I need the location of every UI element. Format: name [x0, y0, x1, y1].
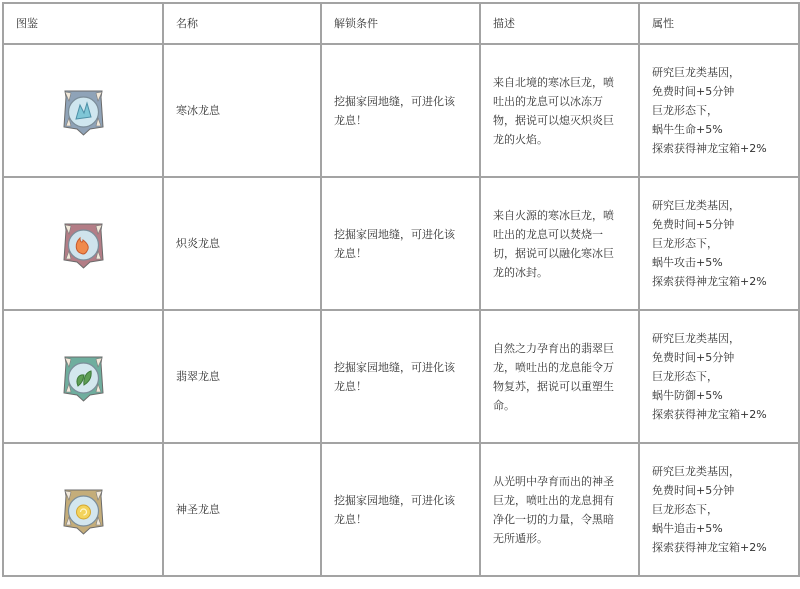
- condition-line: 龙息！: [334, 510, 471, 529]
- description-line: 命。: [493, 396, 630, 415]
- attribute-line: 探索获得神龙宝箱+2%: [652, 405, 798, 424]
- description-line: 龙的冰封。: [493, 263, 630, 282]
- jade-dragon-breath-icon: [4, 349, 162, 404]
- description-line: 从光明中孕育而出的神圣: [493, 472, 630, 491]
- table-row: 神圣龙息 挖掘家园地缝，可进化该龙息！ 从光明中孕育而出的神圣巨龙，喷吐出的龙息…: [3, 443, 799, 576]
- attribute-line: 巨龙形态下，: [652, 234, 798, 253]
- icon-cell: [3, 177, 163, 310]
- attribute-line: 免费时间+5分钟: [652, 215, 798, 234]
- unlock-condition-cell: 挖掘家园地缝，可进化该龙息！: [321, 177, 480, 310]
- header-unlock-condition: 解锁条件: [321, 3, 480, 44]
- description-cell: 来自北境的寒冰巨龙，喷吐出的龙息可以冰冻万物，据说可以熄灭炽炎巨龙的火焰。: [480, 44, 639, 177]
- table-header-row: 图鉴 名称 解锁条件 描述 属性: [3, 3, 799, 44]
- table-row: 炽炎龙息 挖掘家园地缝，可进化该龙息！ 来自火源的寒冰巨龙，喷吐出的龙息可以焚烧…: [3, 177, 799, 310]
- description-line: 物，据说可以熄灭炽炎巨: [493, 111, 630, 130]
- condition-line: 挖掘家园地缝，可进化该: [334, 92, 471, 111]
- name-cell: 翡翠龙息: [163, 310, 321, 443]
- description-cell: 自然之力孕育出的翡翠巨龙，喷吐出的龙息能令万物复苏，据说可以重塑生命。: [480, 310, 639, 443]
- attribute-line: 探索获得神龙宝箱+2%: [652, 139, 798, 158]
- attribute-line: 蜗牛追击+5%: [652, 519, 798, 538]
- description-line: 龙的火焰。: [493, 130, 630, 149]
- header-name: 名称: [163, 3, 321, 44]
- header-description: 描述: [480, 3, 639, 44]
- description-line: 龙，喷吐出的龙息能令万: [493, 358, 630, 377]
- attribute-line: 研究巨龙类基因，: [652, 196, 798, 215]
- description-line: 自然之力孕育出的翡翠巨: [493, 339, 630, 358]
- attribute-line: 研究巨龙类基因，: [652, 329, 798, 348]
- icon-cell: [3, 443, 163, 576]
- dragon-breath-table: 图鉴 名称 解锁条件 描述 属性 寒冰龙息 挖掘家园地缝，可进化该龙息！ 来自北…: [2, 2, 800, 577]
- unlock-condition-cell: 挖掘家园地缝，可进化该龙息！: [321, 310, 480, 443]
- attribute-line: 免费时间+5分钟: [652, 348, 798, 367]
- holy-dragon-breath-icon: [4, 482, 162, 537]
- ice-dragon-breath-icon: [4, 83, 162, 138]
- description-line: 巨龙，喷吐出的龙息拥有: [493, 491, 630, 510]
- description-line: 物复苏，据说可以重塑生: [493, 377, 630, 396]
- attributes-cell: 研究巨龙类基因，免费时间+5分钟巨龙形态下，蜗牛追击+5%探索获得神龙宝箱+2%: [639, 443, 799, 576]
- breath-name: 炽炎龙息: [176, 237, 220, 250]
- icon-cell: [3, 310, 163, 443]
- attribute-line: 免费时间+5分钟: [652, 481, 798, 500]
- description-line: 净化一切的力量，令黑暗: [493, 510, 630, 529]
- attributes-cell: 研究巨龙类基因，免费时间+5分钟巨龙形态下，蜗牛生命+5%探索获得神龙宝箱+2%: [639, 44, 799, 177]
- name-cell: 炽炎龙息: [163, 177, 321, 310]
- attribute-line: 探索获得神龙宝箱+2%: [652, 538, 798, 557]
- description-line: 来自北境的寒冰巨龙，喷: [493, 73, 630, 92]
- attribute-line: 研究巨龙类基因，: [652, 63, 798, 82]
- attribute-line: 蜗牛防御+5%: [652, 386, 798, 405]
- table-row: 寒冰龙息 挖掘家园地缝，可进化该龙息！ 来自北境的寒冰巨龙，喷吐出的龙息可以冰冻…: [3, 44, 799, 177]
- unlock-condition-cell: 挖掘家园地缝，可进化该龙息！: [321, 44, 480, 177]
- attribute-line: 研究巨龙类基因，: [652, 462, 798, 481]
- condition-line: 龙息！: [334, 244, 471, 263]
- description-cell: 来自火源的寒冰巨龙，喷吐出的龙息可以焚烧一切，据说可以融化寒冰巨龙的冰封。: [480, 177, 639, 310]
- attribute-line: 蜗牛攻击+5%: [652, 253, 798, 272]
- condition-line: 龙息！: [334, 111, 471, 130]
- breath-name: 寒冰龙息: [176, 104, 220, 117]
- condition-line: 挖掘家园地缝，可进化该: [334, 358, 471, 377]
- attribute-line: 蜗牛生命+5%: [652, 120, 798, 139]
- description-line: 切，据说可以融化寒冰巨: [493, 244, 630, 263]
- condition-line: 挖掘家园地缝，可进化该: [334, 225, 471, 244]
- breath-name: 神圣龙息: [176, 503, 220, 516]
- unlock-condition-cell: 挖掘家园地缝，可进化该龙息！: [321, 443, 480, 576]
- attribute-line: 探索获得神龙宝箱+2%: [652, 272, 798, 291]
- description-line: 无所遁形。: [493, 529, 630, 548]
- header-illustration: 图鉴: [3, 3, 163, 44]
- attribute-line: 巨龙形态下，: [652, 101, 798, 120]
- breath-name: 翡翠龙息: [176, 370, 220, 383]
- description-cell: 从光明中孕育而出的神圣巨龙，喷吐出的龙息拥有净化一切的力量，令黑暗无所遁形。: [480, 443, 639, 576]
- table-row: 翡翠龙息 挖掘家园地缝，可进化该龙息！ 自然之力孕育出的翡翠巨龙，喷吐出的龙息能…: [3, 310, 799, 443]
- name-cell: 寒冰龙息: [163, 44, 321, 177]
- fire-dragon-breath-icon: [4, 216, 162, 271]
- attributes-cell: 研究巨龙类基因，免费时间+5分钟巨龙形态下，蜗牛攻击+5%探索获得神龙宝箱+2%: [639, 177, 799, 310]
- name-cell: 神圣龙息: [163, 443, 321, 576]
- description-line: 来自火源的寒冰巨龙，喷: [493, 206, 630, 225]
- description-line: 吐出的龙息可以冰冻万: [493, 92, 630, 111]
- header-attributes: 属性: [639, 3, 799, 44]
- description-line: 吐出的龙息可以焚烧一: [493, 225, 630, 244]
- icon-cell: [3, 44, 163, 177]
- attribute-line: 巨龙形态下，: [652, 367, 798, 386]
- attributes-cell: 研究巨龙类基因，免费时间+5分钟巨龙形态下，蜗牛防御+5%探索获得神龙宝箱+2%: [639, 310, 799, 443]
- attribute-line: 巨龙形态下，: [652, 500, 798, 519]
- condition-line: 龙息！: [334, 377, 471, 396]
- condition-line: 挖掘家园地缝，可进化该: [334, 491, 471, 510]
- attribute-line: 免费时间+5分钟: [652, 82, 798, 101]
